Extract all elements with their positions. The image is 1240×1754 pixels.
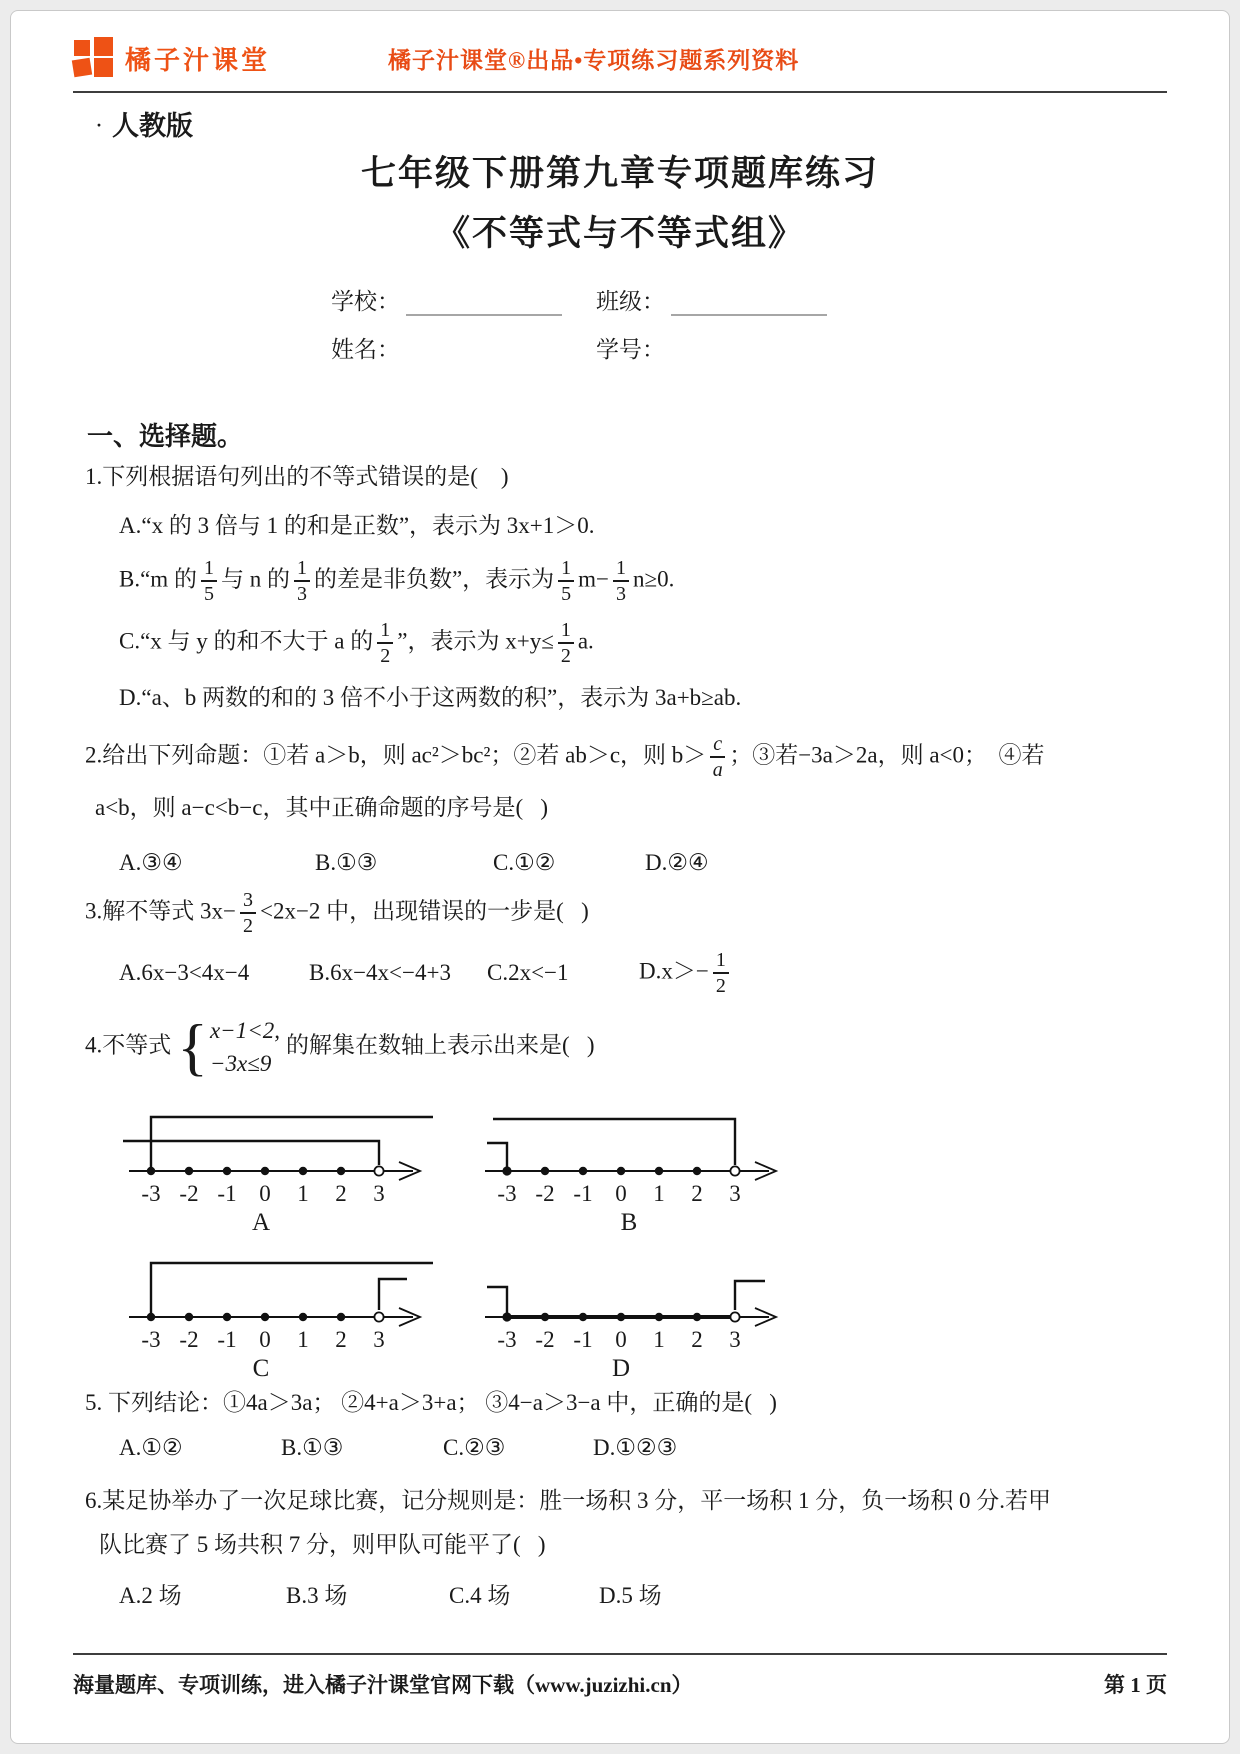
- q3-option-b: B.6x−4x<−4+3: [309, 960, 487, 986]
- q6-stem-line1: 6.某足协举办了一次足球比赛，记分规则是：胜一场积 3 分，平一场积 1 分，负…: [85, 1485, 1167, 1517]
- tick-label: -1: [217, 1327, 236, 1352]
- numerator: 1: [713, 950, 729, 974]
- footer-site-note: 海量题库、专项训练，进入橘子汁课堂官网下载（www.juzizhi.cn）: [73, 1669, 693, 1699]
- numerator: 1: [294, 558, 310, 582]
- q6-option-b: B.3 场: [286, 1577, 449, 1610]
- text: <2x−2 中，出现错误的一步是( ): [260, 898, 589, 923]
- fraction: 12: [713, 950, 729, 996]
- page-footer: 海量题库、专项训练，进入橘子汁课堂官网下载（www.juzizhi.cn） 第 …: [73, 1653, 1167, 1699]
- q4-stem: 4.不等式{x−1<2,−3x≤9的解集在数轴上表示出来是( ): [85, 1014, 1167, 1081]
- tick-label: 0: [615, 1181, 627, 1206]
- tick-label: -1: [573, 1181, 592, 1206]
- tick-label: 3: [373, 1181, 385, 1206]
- question-1: 1.下列根据语句列出的不等式错误的是( ) A.“x 的 3 倍与 1 的和是正…: [73, 461, 1167, 714]
- footer-divider: [73, 1653, 1167, 1655]
- numerator: c: [710, 734, 725, 758]
- tick-label: 0: [259, 1181, 271, 1206]
- doc-title-line1: 七年级下册第九章专项题库练习: [73, 152, 1167, 196]
- denominator: 2: [713, 974, 729, 996]
- section-heading: 一、选择题。: [87, 420, 1167, 454]
- tick-label: 1: [653, 1181, 665, 1206]
- tick-label: 2: [335, 1327, 347, 1352]
- tick-label: 2: [335, 1181, 347, 1206]
- q6-option-d: D.5 场: [599, 1577, 662, 1610]
- tick-label: 3: [729, 1327, 741, 1352]
- q5-options: A.①② B.①③ C.②③ D.①②③: [119, 1435, 1167, 1461]
- fraction: 13: [294, 558, 310, 604]
- denominator: 2: [377, 644, 393, 666]
- form-row-2: 姓名： 学号：: [331, 324, 1167, 364]
- panel-label: D: [612, 1355, 630, 1381]
- number-line-option-c: -3 -2 -1 0 1 2 3 C: [123, 1249, 433, 1381]
- tick-label: -3: [497, 1327, 516, 1352]
- numerator: 1: [201, 558, 217, 582]
- q5-option-c: C.②③: [443, 1435, 593, 1461]
- q1-option-b: B.“m 的15与 n 的13的差是非负数”，表示为15m−13n≥0.: [119, 558, 1167, 604]
- q5-stem: 5. 下列结论：①4a＞3a； ②4+a＞3+a； ③4−a＞3−a 中，正确的…: [85, 1387, 1167, 1419]
- tick-label: 1: [653, 1327, 665, 1352]
- question-3: 3.解不等式 3x−32<2x−2 中，出现错误的一步是( ) A.6x−3<4…: [73, 890, 1167, 996]
- number-line-option-a: -3 -2 -1 0 1 2 3 A: [123, 1103, 433, 1235]
- q6-options: A.2 场 B.3 场 C.4 场 D.5 场: [119, 1577, 1167, 1610]
- numerator: 1: [377, 620, 393, 644]
- question-6: 6.某足协举办了一次足球比赛，记分规则是：胜一场积 3 分，平一场积 1 分，负…: [73, 1485, 1167, 1610]
- numerator: 1: [558, 558, 574, 582]
- studentid-label: 学号：: [596, 331, 665, 364]
- text: 的解集在数轴上表示出来是( ): [286, 1033, 595, 1058]
- tick-label: 2: [691, 1181, 703, 1206]
- question-4: 4.不等式{x−1<2,−3x≤9的解集在数轴上表示出来是( ) -3 -2 -…: [73, 1014, 1167, 1381]
- fraction: 13: [613, 558, 629, 604]
- text: 的差是非负数”，表示为: [314, 566, 554, 591]
- q3-option-c: C.2x<−1: [487, 960, 639, 986]
- text: n≥0.: [633, 566, 674, 591]
- tick-label: 0: [259, 1327, 271, 1352]
- footer-row: 海量题库、专项训练，进入橘子汁课堂官网下载（www.juzizhi.cn） 第 …: [73, 1669, 1167, 1699]
- q2-option-d: D.②④: [645, 850, 709, 876]
- panel-label: C: [253, 1355, 270, 1381]
- fraction: 32: [240, 890, 256, 936]
- system-row-1: x−1<2,: [210, 1014, 280, 1047]
- tick-label: 3: [729, 1181, 741, 1206]
- brace-glyph: {: [177, 1020, 208, 1074]
- q2-options: A.③④ B.①③ C.①② D.②④: [119, 850, 1167, 876]
- text: B.“m 的: [119, 566, 197, 591]
- numerator: 3: [240, 890, 256, 914]
- form-row-1: 学校： 班级：: [331, 276, 1167, 316]
- q2-option-a: A.③④: [119, 850, 315, 876]
- tick-label: 1: [297, 1181, 309, 1206]
- denominator: a: [710, 758, 725, 780]
- denominator: 5: [201, 582, 217, 604]
- q3-options: A.6x−3<4x−4 B.6x−4x<−4+3 C.2x<−1 D.x＞−12: [119, 950, 1167, 996]
- denominator: 2: [240, 914, 256, 936]
- header-divider: [73, 91, 1167, 93]
- q5-option-a: A.①②: [119, 1435, 281, 1461]
- panel-label: A: [252, 1209, 270, 1235]
- text: C.“x 与 y 的和不大于 a 的: [119, 628, 373, 653]
- page-header: 橘子汁课堂 橘子汁课堂®出品•专项练习题系列资料: [73, 11, 1167, 79]
- q1-option-d: D.“a、b 两数的和的 3 倍不小于这两数的积”，表示为 3a+b≥ab.: [119, 682, 1167, 714]
- class-label: 班级：: [596, 283, 665, 316]
- edition-label: ·人教版: [96, 109, 1167, 144]
- text: 2.给出下列命题：①若 a＞b，则 ac²＞bc²；②若 ab＞c，则 b＞: [85, 742, 706, 767]
- edition-text: 人教版: [112, 111, 193, 141]
- brand: 橘子汁课堂: [73, 37, 270, 79]
- q6-stem-line2: 队比赛了 5 场共积 7 分，则甲队可能平了( ): [99, 1529, 1167, 1561]
- text: m−: [578, 566, 609, 591]
- inequality-system: {x−1<2,−3x≤9: [177, 1014, 280, 1081]
- text: ；③若−3a＞2a，则 a<0； ④若: [729, 742, 1044, 767]
- denominator: 3: [613, 582, 629, 604]
- tick-label: -3: [141, 1327, 160, 1352]
- text: 与 n 的: [221, 566, 290, 591]
- student-info-form: 学校： 班级： 姓名： 学号：: [331, 276, 1167, 364]
- denominator: 3: [294, 582, 310, 604]
- tick-label: -2: [179, 1327, 198, 1352]
- q2-stem-line1: 2.给出下列命题：①若 a＞b，则 ac²＞bc²；②若 ab＞c，则 b＞ca…: [85, 734, 1167, 780]
- q2-stem-line2: a<b，则 a−c<b−c，其中正确命题的序号是( ): [95, 792, 1167, 824]
- tick-label: 2: [691, 1327, 703, 1352]
- q5-option-b: B.①③: [281, 1435, 443, 1461]
- q3-option-a: A.6x−3<4x−4: [119, 960, 309, 986]
- fraction: 15: [201, 558, 217, 604]
- brand-name: 橘子汁课堂: [125, 40, 270, 77]
- question-2: 2.给出下列命题：①若 a＞b，则 ac²＞bc²；②若 ab＞c，则 b＞ca…: [73, 734, 1167, 876]
- denominator: 5: [558, 582, 574, 604]
- school-label: 学校：: [331, 283, 400, 316]
- q1-option-a: A.“x 的 3 倍与 1 的和是正数”，表示为 3x+1＞0.: [119, 510, 1167, 542]
- tick-label: -3: [497, 1181, 516, 1206]
- numerator: 1: [558, 620, 574, 644]
- denominator: 2: [558, 644, 574, 666]
- class-blank: [671, 288, 827, 316]
- name-label: 姓名：: [331, 331, 400, 364]
- number-line-diagrams: -3 -2 -1 0 1 2 3 A -3 -2: [123, 1103, 1167, 1381]
- panel-label: B: [621, 1209, 638, 1235]
- text: D.x＞−: [639, 958, 709, 983]
- q5-option-d: D.①②③: [593, 1435, 677, 1461]
- page-number: 第 1 页: [1104, 1669, 1167, 1699]
- fraction: 12: [558, 620, 574, 666]
- name-blank: [406, 338, 562, 364]
- header-tagline: 橘子汁课堂®出品•专项练习题系列资料: [388, 42, 799, 75]
- tick-label: -1: [573, 1327, 592, 1352]
- question-5: 5. 下列结论：①4a＞3a； ②4+a＞3+a； ③4−a＞3−a 中，正确的…: [73, 1387, 1167, 1461]
- q1-option-c: C.“x 与 y 的和不大于 a 的12”，表示为 x+y≤12a.: [119, 620, 1167, 666]
- tick-label: -2: [179, 1181, 198, 1206]
- number-line-option-d: -3 -2 -1 0 1 2 3 D: [479, 1249, 789, 1381]
- text: a.: [578, 628, 594, 653]
- tick-label: -1: [217, 1181, 236, 1206]
- page-content: 橘子汁课堂 橘子汁课堂®出品•专项练习题系列资料 ·人教版 七年级下册第九章专项…: [11, 11, 1229, 1610]
- q3-stem: 3.解不等式 3x−32<2x−2 中，出现错误的一步是( ): [85, 890, 1167, 936]
- studentid-blank: [671, 338, 827, 364]
- q1-stem: 1.下列根据语句列出的不等式错误的是( ): [85, 461, 1167, 493]
- tick-label: -3: [141, 1181, 160, 1206]
- numerator: 1: [613, 558, 629, 582]
- system-rows: x−1<2,−3x≤9: [210, 1014, 280, 1081]
- fraction: ca: [710, 734, 725, 780]
- bullet-icon: ·: [96, 115, 102, 135]
- fraction: 12: [377, 620, 393, 666]
- text: 3.解不等式 3x−: [85, 898, 236, 923]
- system-row-2: −3x≤9: [210, 1047, 280, 1080]
- school-blank: [406, 288, 562, 316]
- tick-label: 1: [297, 1327, 309, 1352]
- q6-option-c: C.4 场: [449, 1577, 599, 1610]
- document-page: 橘子汁课堂 橘子汁课堂®出品•专项练习题系列资料 ·人教版 七年级下册第九章专项…: [10, 10, 1230, 1744]
- doc-title-line2: 《不等式与不等式组》: [73, 212, 1167, 256]
- tick-label: -2: [535, 1181, 554, 1206]
- tick-label: 0: [615, 1327, 627, 1352]
- orange-squares-grid-icon: [73, 37, 115, 79]
- number-line-option-b: -3 -2 -1 0 1 2 3 B: [479, 1103, 789, 1235]
- tick-label: -2: [535, 1327, 554, 1352]
- text: 4.不等式: [85, 1033, 171, 1058]
- q6-option-a: A.2 场: [119, 1577, 286, 1610]
- q2-option-b: B.①③: [315, 850, 493, 876]
- fraction: 15: [558, 558, 574, 604]
- tick-label: 3: [373, 1327, 385, 1352]
- text: ”，表示为 x+y≤: [397, 628, 554, 653]
- q3-option-d: D.x＞−12: [639, 950, 733, 996]
- q2-option-c: C.①②: [493, 850, 645, 876]
